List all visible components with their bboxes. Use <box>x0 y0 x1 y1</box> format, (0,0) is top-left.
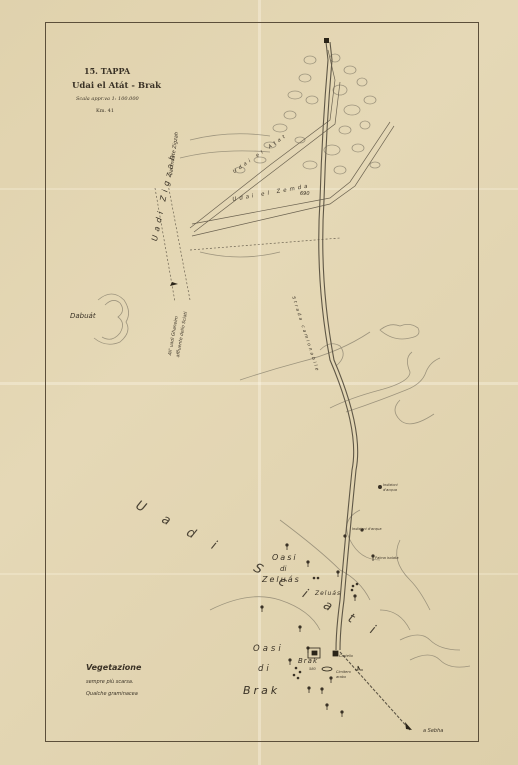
distance-label: Km. 41 <box>96 108 114 114</box>
label-oasi-zeluas-line1: Oasi <box>272 553 298 562</box>
label-oasi-brak-line3: Brak <box>243 684 280 697</box>
wadi-lines <box>155 50 394 302</box>
label-oasi-zeluas-line3: Zeluás <box>262 575 301 584</box>
label-indizioni-acqua-1: Indizioni d'acqua <box>383 483 398 493</box>
label-indizioni-acqua-1-line2: d'acqua <box>383 488 397 492</box>
scale-label: Scala appr.va 1: 100.000 <box>76 96 139 102</box>
arrow-to-ghaneim-icon <box>170 282 178 286</box>
label-oasi-zeluas-line2: di <box>280 565 286 573</box>
label-castello: Castello <box>339 654 353 658</box>
label-dabuat: Dabuát <box>70 312 96 320</box>
label-elevation-580: 580 <box>309 667 316 671</box>
label-cimitero-arabo: Cimitero arabo <box>336 670 351 680</box>
label-elevation-690: 690 <box>300 191 310 197</box>
label-oasi-brak-line2: di <box>258 664 272 674</box>
label-brak-village: Brak <box>298 657 318 665</box>
label-a-sebha: a Sebha <box>423 728 443 734</box>
stage-number: 15. TAPPA <box>84 66 130 76</box>
legend-line1: sempre più scarsa. <box>86 679 134 685</box>
label-palma-isolata: Palma isolata <box>375 556 398 560</box>
arrow-to-sebha-icon <box>405 722 412 730</box>
label-oasi-brak-line1: Oasi <box>253 644 284 654</box>
legend-title: Vegetazione <box>86 663 141 672</box>
route-title: Udai el Atát - Brak <box>72 81 161 91</box>
start-marker <box>324 38 329 43</box>
label-indizioni-acqua-1-line1: Indizioni <box>383 483 398 487</box>
label-indizioni-acqua-2: Indizioni d'acqua <box>352 527 382 531</box>
legend-line2: Qualche graminacea <box>86 691 138 697</box>
label-zeluas-village: Zeluás <box>315 590 341 597</box>
label-cimitero: Cimitero <box>336 670 351 674</box>
label-arabo: arabo <box>336 675 346 679</box>
map-sheet: 15. TAPPA Udai el Atát - Brak Scala appr… <box>0 0 518 765</box>
